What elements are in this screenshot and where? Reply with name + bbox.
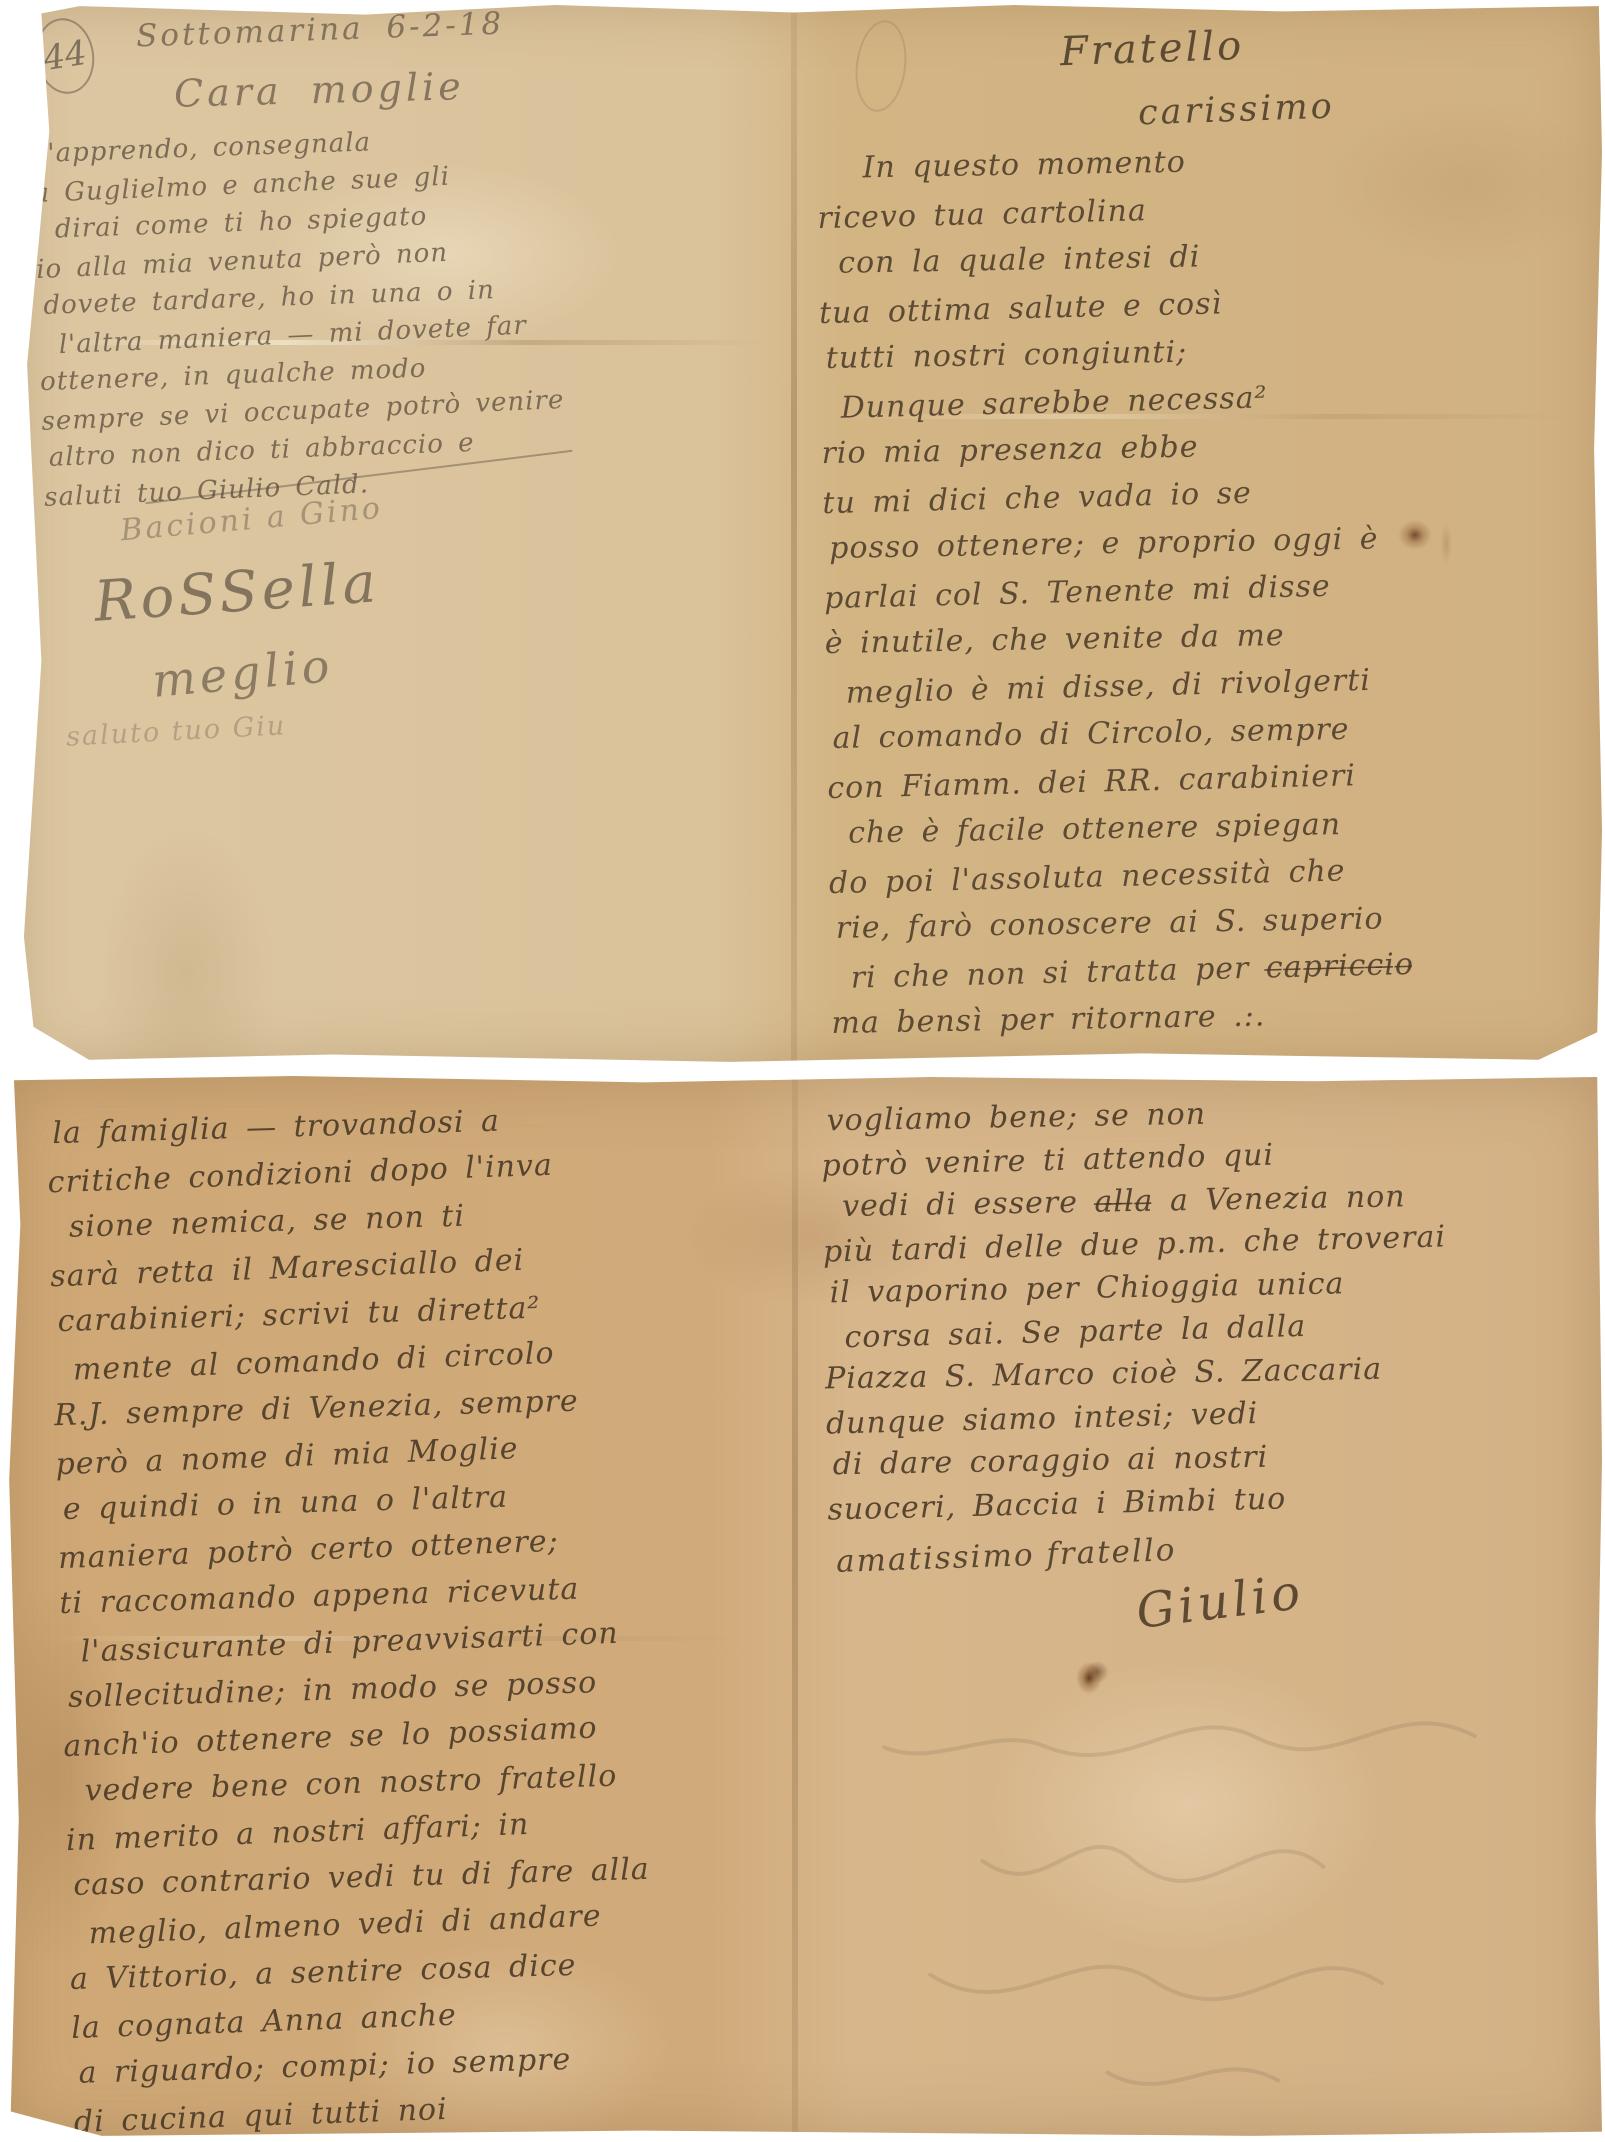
top-sheet: 44 Sottomarina 6-2-18 Cara moglie l'appr… xyxy=(16,4,1602,1064)
page-3: la famiglia — trovandosi acritiche condi… xyxy=(26,1076,786,2138)
page-4-body: vogliamo bene; se nonpotrò venire ti att… xyxy=(820,1089,1451,1530)
postscript-word: meglio xyxy=(150,638,335,708)
embossed-stamp-circle xyxy=(851,17,912,114)
postscript-name: RoSSella xyxy=(92,550,382,635)
page-1-body: l'apprendo, consegnalaa Guglielmo e anch… xyxy=(32,117,568,515)
salutation: Cara moglie xyxy=(173,64,465,116)
dateline: Sottomarina 6-2-18 xyxy=(135,6,504,55)
signature: Giulio xyxy=(1133,1564,1307,1640)
bottom-sheet: la famiglia — trovandosi acritiche condi… xyxy=(6,1076,1602,2138)
ink-stain xyxy=(1398,520,1432,550)
fold-line xyxy=(792,1076,798,2138)
bleed-through-marks xyxy=(852,1673,1540,2138)
letter-scan: 44 Sottomarina 6-2-18 Cara moglie l'appr… xyxy=(0,0,1605,2142)
closing-line: amatissimo fratello xyxy=(835,1532,1177,1580)
page-4: vogliamo bene; se nonpotrò venire ti att… xyxy=(806,1076,1598,2138)
page-2-body: In questo momentoricevo tua cartolinacon… xyxy=(816,135,1415,1048)
postscript-faint: saluto tuo Giu xyxy=(65,710,287,752)
page-3-body: la famiglia — trovandosi acritiche condi… xyxy=(46,1094,657,2142)
page-2: Fratello carissimo In questo momentorice… xyxy=(802,4,1598,1064)
page-1: 44 Sottomarina 6-2-18 Cara moglie l'appr… xyxy=(24,4,792,1064)
page-number-badge: 44 xyxy=(30,14,99,98)
salutation: carissimo xyxy=(1137,87,1335,134)
salutation: Fratello xyxy=(1059,23,1245,75)
ink-stain xyxy=(1076,1662,1102,1694)
